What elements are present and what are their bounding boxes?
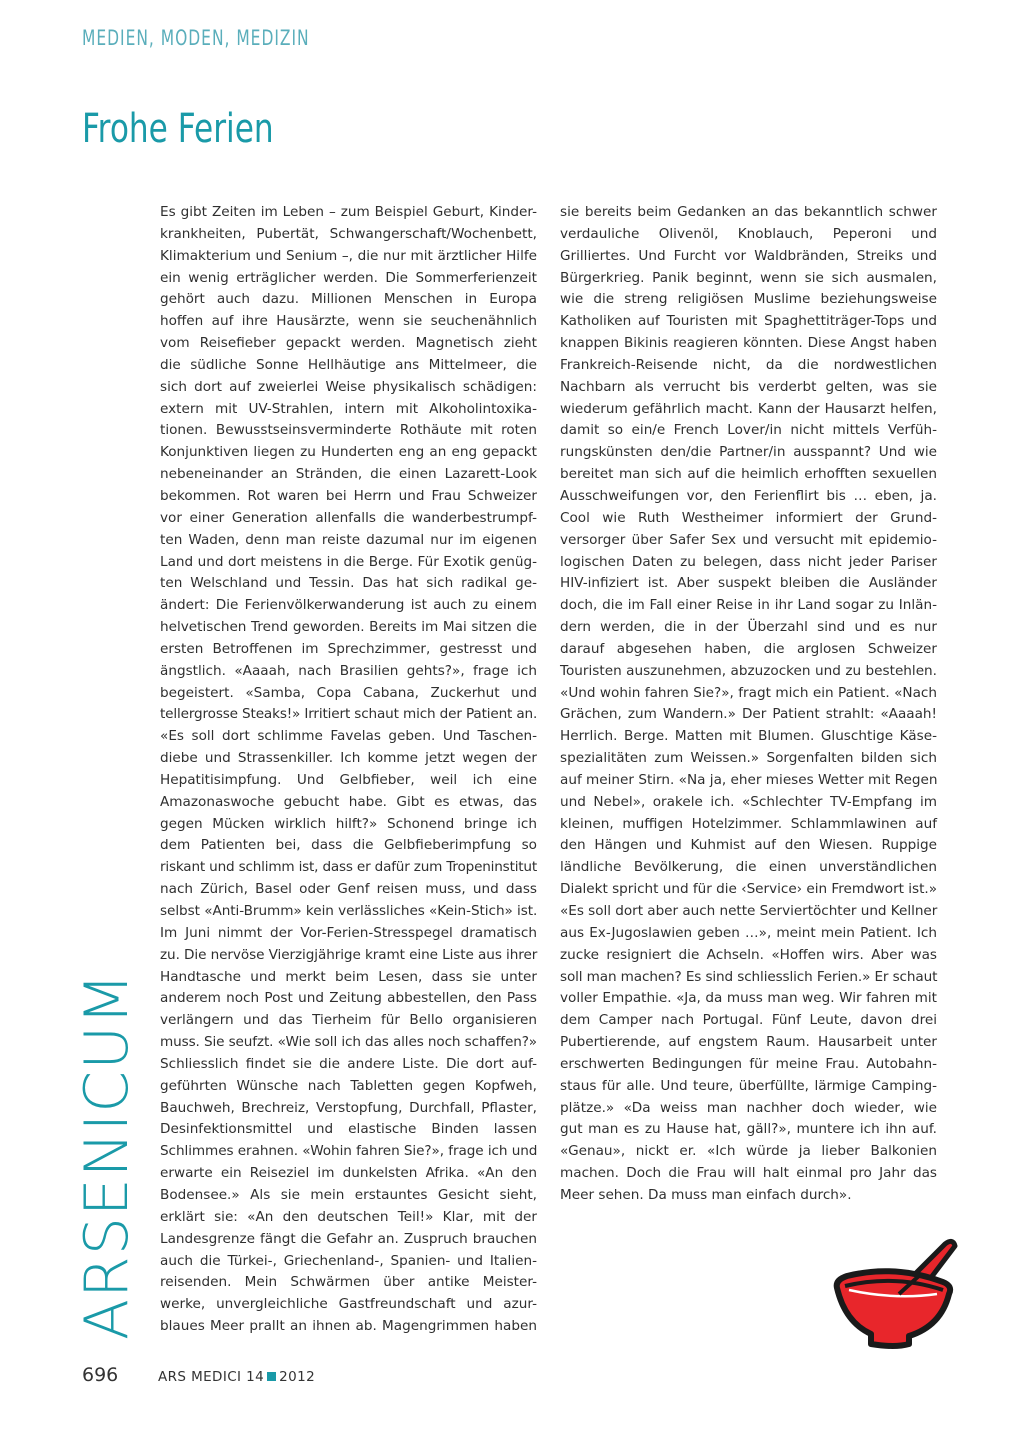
text-line: reisenden. Mein Schwärmen über antike Me… [160,1272,537,1294]
text-line: erklärt sie: «An den deutschen Teil!» Kl… [160,1207,537,1229]
text-line: Katholiken auf Touristen mit Spaghettitr… [560,311,937,333]
text-line: und Nebel», orakele ich. «Schlechter TV-… [560,792,937,814]
text-line: Desinfektionsmittel und elastische Binde… [160,1119,537,1141]
text-line: ein wenig erträglicher werden. Die Somme… [160,268,537,290]
text-line: Schlimmes erahnen. «Wohin fahren Sie?», … [160,1141,537,1163]
text-line: geführten Wünsche nach Tabletten gegen K… [160,1076,537,1098]
text-line: Frankreich-Reisende nicht, da die nordwe… [560,355,937,377]
text-line: «Und wohin fahren Sie?», fragt mich ein … [560,683,937,705]
text-line: «Es soll dort schlimme Favelas geben. Un… [160,726,537,748]
text-line: erschwerten Bedingungen für meine Frau. … [560,1054,937,1076]
text-line: muss. Sie seufzt. «Wie soll ich das alle… [160,1032,537,1054]
text-line: dem Patienten bei, dass die Gelbfieberim… [160,835,537,857]
text-line: hoffen auf ihre Hausärzte, wenn sie seuc… [160,311,537,333]
text-line: auch die Türkei-, Griechenland-, Spanien… [160,1251,537,1273]
text-line: gut man es zu Hause hat, gäll?», muntere… [560,1119,937,1141]
text-line: sich dort auf zweierlei Weise physikalis… [160,377,537,399]
text-line: bekommen. Rot waren bei Herrn und Frau S… [160,486,537,508]
text-line: ten Welschland und Tessin. Das hat sich … [160,573,537,595]
section-label: MEDIEN, MODEN, MEDIZIN [82,26,310,50]
text-line: dern werden, die in der Überzahl sind un… [560,617,937,639]
text-line: logischen Daten zu belegen, dass nicht j… [560,552,937,574]
text-line: Dialekt spricht und für die ‹Service› ei… [560,879,937,901]
article-column-right: sie bereits beim Gedanken an das bekannt… [560,202,937,1207]
text-line: Herrlich. Berge. Matten mit Blumen. Glus… [560,726,937,748]
text-line: tellergrosse Steaks!» Irritiert schaut m… [160,704,537,726]
text-line: wiederum gefährlich macht. Kann der Haus… [560,399,937,421]
text-line: ten Waden, denn man reiste dazumal nur i… [160,530,537,552]
text-line: staus für alle. Und teure, überfüllte, l… [560,1076,937,1098]
article-title: Frohe Ferien [82,106,274,152]
text-line: Ausschweifungen vor, den Ferienflirt bis… [560,486,937,508]
text-line: Grächen, zum Wandern.» Der Patient strah… [560,704,937,726]
text-line: helvetischen Trend geworden. Bereits im … [160,617,537,639]
text-line: Hepatitisimpfung. Und Gelbfieber, weil i… [160,770,537,792]
text-line: Konjunktiven liegen zu Hunderten eng an … [160,442,537,464]
journal-name: ARS MEDICI 14 [158,1369,264,1385]
text-line: Im Juni nimmt der Vor-Ferien-Stresspegel… [160,923,537,945]
square-bullet-icon [267,1372,276,1381]
text-line: Cool wie Ruth Westheimer informiert der … [560,508,937,530]
text-line: versorger über Safer Sex und versucht mi… [560,530,937,552]
text-line: Pubertierende, auf engstem Raum. Hausarb… [560,1032,937,1054]
text-line: Bodensee.» Als sie mein erstauntes Gesic… [160,1185,537,1207]
text-line: begeistert. «Samba, Copa Cabana, Zuckerh… [160,683,537,705]
text-line: gehört auch dazu. Millionen Menschen in … [160,289,537,311]
text-line: zucke resigniert die Achseln. «Hoffen wi… [560,945,937,967]
text-line: spezialitäten zum Weissen.» Sorgenfalten… [560,748,937,770]
text-line: auf meiner Stirn. «Na ja, eher mieses We… [560,770,937,792]
text-line: voller Empathie. «Ja, da muss man weg. W… [560,988,937,1010]
text-line: Landesgrenze fängt die Gefahr an. Zuspru… [160,1229,537,1251]
text-line: erwarte ein Reiseziel im dunkelsten Afri… [160,1163,537,1185]
text-line: diebe und Strassenkiller. Ich komme jetz… [160,748,537,770]
text-line: ändert: Die Ferienvölkerwanderung ist au… [160,595,537,617]
text-line: den Hängen und Kuhmist auf den Wiesen. R… [560,835,937,857]
text-line: damit so ein/e French Lover/in nicht mit… [560,420,937,442]
journal-citation: ARS MEDICI 142012 [158,1369,315,1385]
text-line: nach Zürich, Basel oder Genf reisen muss… [160,879,537,901]
text-line: Bauchweh, Brechreiz, Verstopfung, Durchf… [160,1098,537,1120]
text-line: ländliche Bevölkerung, die einen unverst… [560,857,937,879]
text-line: Grilliertes. Und Furcht vor Waldbränden,… [560,246,937,268]
text-line: Touristen auszunehmen, abzuzocken und zu… [560,661,937,683]
journal-year: 2012 [279,1369,315,1385]
text-line: Nachbarn als verrucht bis verderbt gelte… [560,377,937,399]
text-line: ersten Betroffenen im Sprechzimmer, gest… [160,639,537,661]
text-line: Schliesslich findet sie die andere Liste… [160,1054,537,1076]
text-line: bereitet man sich auf die heimlich erhof… [560,464,937,486]
mortar-and-pestle-icon [825,1230,965,1360]
text-line: vom Reisefieber gepackt werden. Magnetis… [160,333,537,355]
text-line: gegen Mücken wirklich hilft?» Schonend b… [160,814,537,836]
text-line: HIV-infiziert ist. Aber suspekt bleiben … [560,573,937,595]
text-line: wie die streng religiösen Muslime bezieh… [560,289,937,311]
text-line: vor einer Generation allenfalls die wand… [160,508,537,530]
text-line: ängstlich. «Aaaah, nach Brasilien gehts?… [160,661,537,683]
page-number: 696 [82,1364,118,1386]
text-line: krankheiten, Pubertät, Schwangerschaft/W… [160,224,537,246]
text-line: anderem noch Post und Zeitung abbestelle… [160,988,537,1010]
text-line: die südliche Sonne Hellhäutige ans Mitte… [160,355,537,377]
text-line: sie bereits beim Gedanken an das bekannt… [560,202,937,224]
text-line: «Genau», nickt er. «Ich würde ja lieber … [560,1141,937,1163]
text-line: Klimakterium und Senium –, die nur mit ä… [160,246,537,268]
text-line: Bürgerkrieg. Panik beginnt, wenn sie sic… [560,268,937,290]
text-line: Handtasche und merkt beim Lesen, dass si… [160,967,537,989]
text-line: riskant und schlimm ist, dass er dafür z… [160,857,537,879]
text-line: dem Camper nach Portugal. Fünf Leute, da… [560,1010,937,1032]
text-line: rungskünsten den/die Partner/in ausspann… [560,442,937,464]
text-line: kleinen, muffigen Hotelzimmer. Schlammla… [560,814,937,836]
text-line: doch, die im Fall einer Reise in ihr Lan… [560,595,937,617]
text-line: werke, unvergleichliche Gastfreundschaft… [160,1294,537,1316]
text-line: blaues Meer prallt an ihnen ab. Magengri… [160,1316,537,1338]
text-line: nebeneinander an Stränden, die einen Laz… [160,464,537,486]
text-line: Land und dort meistens in die Berge. Für… [160,552,537,574]
text-line: verdauliche Olivenöl, Knoblauch, Peperon… [560,224,937,246]
text-line: tionen. Bewusstseinsverminderte Rothäute… [160,420,537,442]
vertical-section-label: ARSENICUM [82,972,132,1340]
text-line: aus Ex-Jugoslawien geben …», meint mein … [560,923,937,945]
text-line: darauf abgesehen haben, die arglosen Sch… [560,639,937,661]
text-line: selbst «Anti-Brumm» kein verlässliches «… [160,901,537,923]
text-line: «Es soll dort aber auch nette Serviertöc… [560,901,937,923]
text-line: Es gibt Zeiten im Leben – zum Beispiel G… [160,202,537,224]
text-line: extern mit UV-Strahlen, intern mit Alkoh… [160,399,537,421]
text-line: verlängern und das Tierheim für Bello or… [160,1010,537,1032]
text-line: soll man machen? Es sind schliesslich Fe… [560,967,937,989]
text-line: zu. Die nervöse Vierzigjährige kramt ein… [160,945,537,967]
text-line: Amazonaswoche gebucht habe. Gibt es etwa… [160,792,537,814]
article-column-left: Es gibt Zeiten im Leben – zum Beispiel G… [160,202,537,1338]
text-line: Meer sehen. Da muss man einfach durch». [560,1185,937,1207]
text-line: machen. Doch die Frau will halt einmal p… [560,1163,937,1185]
text-line: plätze.» «Da weiss man nachher doch wied… [560,1098,937,1120]
text-line: knappen Bikinis reagieren könnten. Diese… [560,333,937,355]
